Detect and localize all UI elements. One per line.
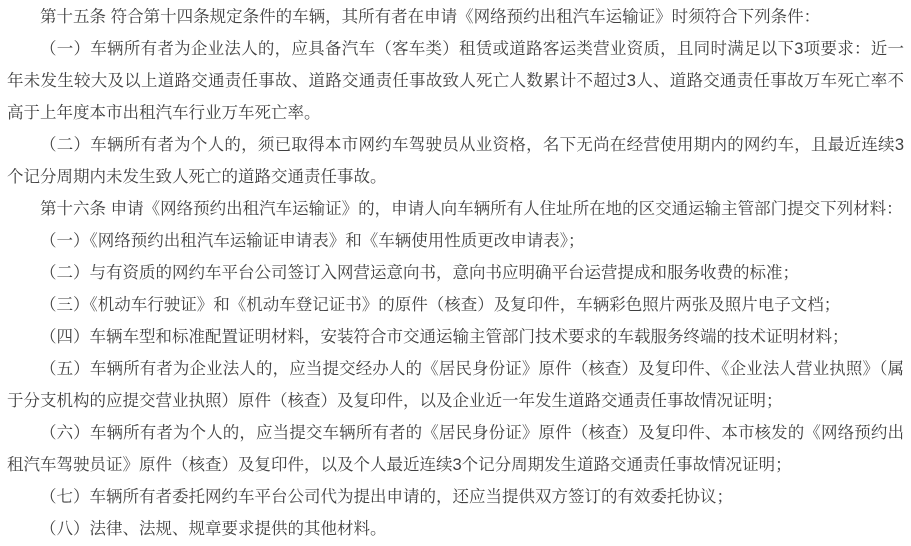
article-16-item-2: （二）与有资质的网约车平台公司签订入网营运意向书，意向书应明确平台运营提成和服务… xyxy=(7,257,904,289)
article-16-item-4: （四）车辆车型和标准配置证明材料，安装符合市交通运输主管部门技术要求的车载服务终… xyxy=(7,321,904,353)
article-15-item-2: （二）车辆所有者为个人的，须已取得本市网约车驾驶员从业资格，名下无尚在经营使用期… xyxy=(7,129,904,193)
article-16-item-5: （五）车辆所有者为企业法人的，应当提交经办人的《居民身份证》原件（核查）及复印件… xyxy=(7,353,904,417)
article-16-intro: 第十六条 申请《网络预约出租汽车运输证》的，申请人向车辆所有人住址所在地的区交通… xyxy=(7,193,904,225)
article-16-item-6: （六）车辆所有者为个人的，应当提交车辆所有者的《居民身份证》原件（核查）及复印件… xyxy=(7,417,904,481)
article-15-item-1: （一）车辆所有者为企业法人的，应具备汽车（客车类）租赁或道路客运类营业资质，且同… xyxy=(7,33,904,129)
article-16-item-7: （七）车辆所有者委托网约车平台公司代为提出申请的，还应当提供双方签订的有效委托协… xyxy=(7,481,904,513)
regulation-document: 第十五条 符合第十四条规定条件的车辆，其所有者在申请《网络预约出租汽车运输证》时… xyxy=(0,0,911,545)
article-16-item-8: （八）法律、法规、规章要求提供的其他材料。 xyxy=(7,513,904,545)
article-16-item-1: （一）《网络预约出租汽车运输证申请表》和《车辆使用性质更改申请表》； xyxy=(7,225,904,257)
article-16-item-3: （三）《机动车行驶证》和《机动车登记证书》的原件（核查）及复印件，车辆彩色照片两… xyxy=(7,289,904,321)
article-15-intro: 第十五条 符合第十四条规定条件的车辆，其所有者在申请《网络预约出租汽车运输证》时… xyxy=(7,1,904,33)
